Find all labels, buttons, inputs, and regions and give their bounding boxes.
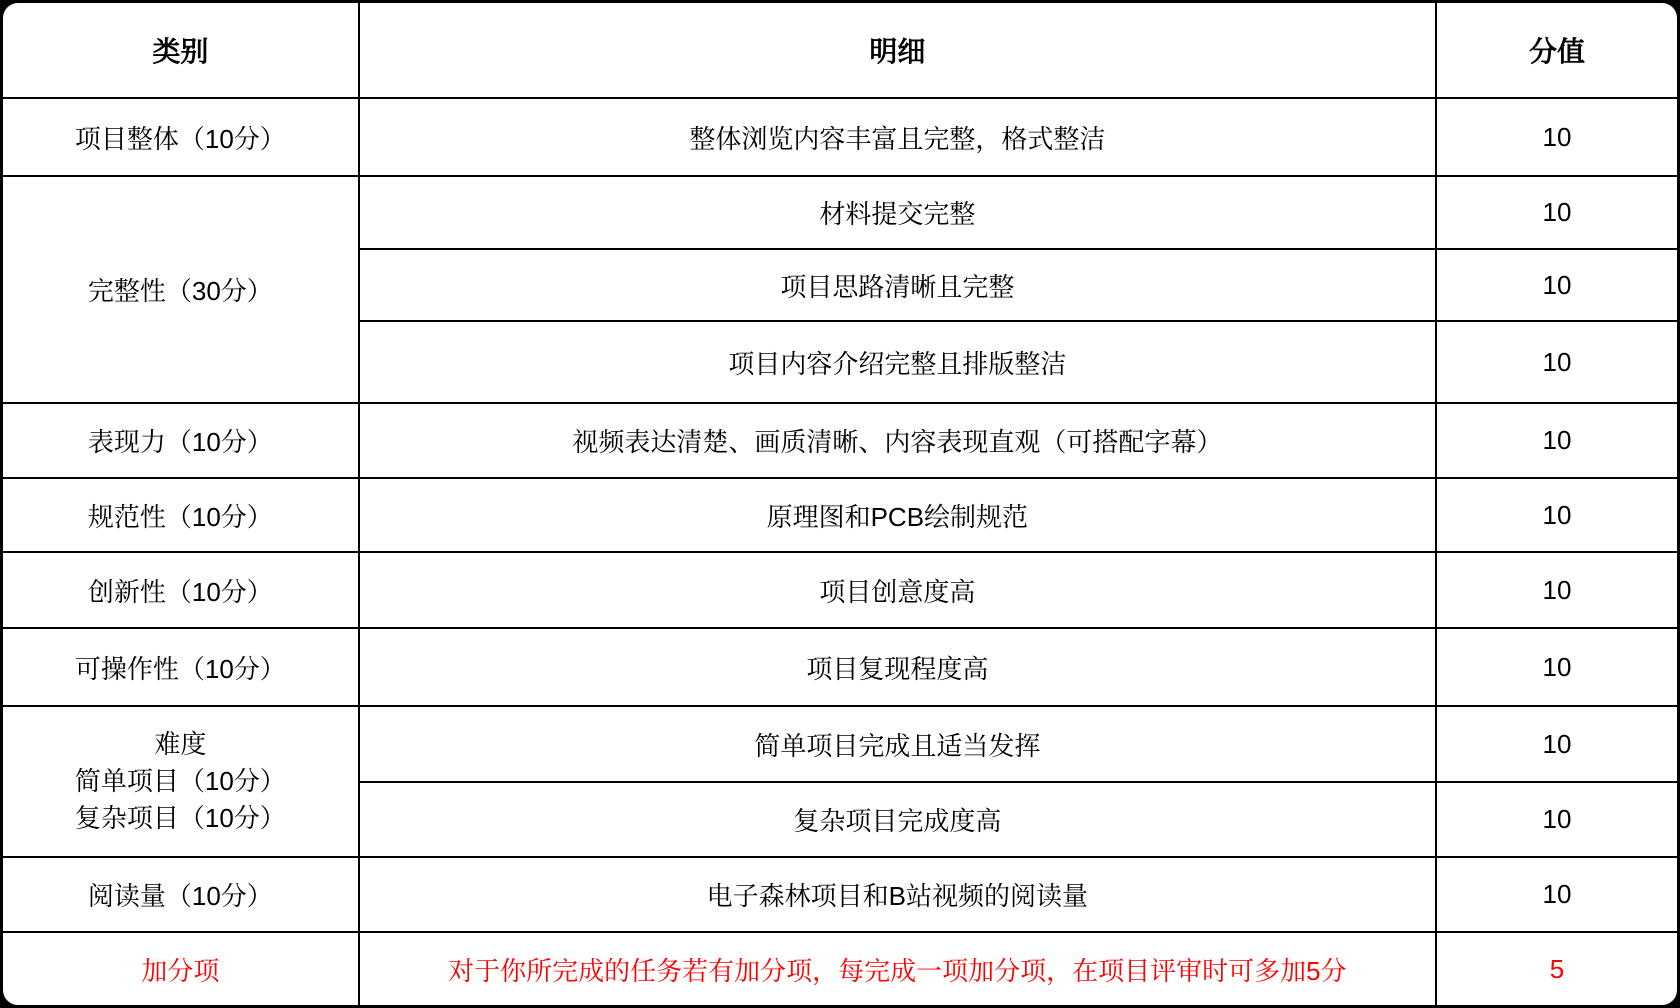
- column-header-detail: 明细: [359, 3, 1436, 98]
- category-cell: 表现力（10分）: [3, 403, 359, 478]
- category-cell: 加分项: [3, 932, 359, 1005]
- detail-cell: 项目思路清晰且完整: [359, 249, 1436, 321]
- detail-cell: 简单项目完成且适当发挥: [359, 706, 1436, 782]
- category-cell: 规范性（10分）: [3, 478, 359, 552]
- detail-cell: 视频表达清楚、画质清晰、内容表现直观（可搭配字幕）: [359, 403, 1436, 478]
- detail-cell: 对于你所完成的任务若有加分项，每完成一项加分项，在项目评审时可多加5分: [359, 932, 1436, 1005]
- score-cell: 10: [1436, 176, 1677, 249]
- category-cell: 可操作性（10分）: [3, 628, 359, 706]
- score-cell: 10: [1436, 628, 1677, 706]
- detail-cell: 项目复现程度高: [359, 628, 1436, 706]
- table-row: 创新性（10分） 项目创意度高 10: [3, 552, 1677, 628]
- score-cell: 10: [1436, 478, 1677, 552]
- detail-cell: 项目内容介绍完整且排版整洁: [359, 321, 1436, 403]
- score-cell: 10: [1436, 249, 1677, 321]
- category-cell: 阅读量（10分）: [3, 857, 359, 932]
- category-cell: 完整性（30分）: [3, 176, 359, 403]
- detail-cell: 电子森林项目和B站视频的阅读量: [359, 857, 1436, 932]
- score-cell: 5: [1436, 932, 1677, 1005]
- table-row: 难度 简单项目（10分） 复杂项目（10分） 简单项目完成且适当发挥 10: [3, 706, 1677, 782]
- category-cell: 难度 简单项目（10分） 复杂项目（10分）: [3, 706, 359, 857]
- score-cell: 10: [1436, 857, 1677, 932]
- table-row: 完整性（30分） 材料提交完整 10: [3, 176, 1677, 249]
- detail-cell: 项目创意度高: [359, 552, 1436, 628]
- score-cell: 10: [1436, 782, 1677, 857]
- category-cell: 项目整体（10分）: [3, 98, 359, 176]
- bonus-row: 加分项 对于你所完成的任务若有加分项，每完成一项加分项，在项目评审时可多加5分 …: [3, 932, 1677, 1005]
- detail-cell: 复杂项目完成度高: [359, 782, 1436, 857]
- scoring-rubric-table: 类别 明细 分值 项目整体（10分） 整体浏览内容丰富且完整，格式整洁 10 完…: [3, 3, 1677, 1005]
- header-row: 类别 明细 分值: [3, 3, 1677, 98]
- scoring-rubric-table-frame: 类别 明细 分值 项目整体（10分） 整体浏览内容丰富且完整，格式整洁 10 完…: [0, 0, 1680, 1008]
- score-cell: 10: [1436, 552, 1677, 628]
- detail-cell: 整体浏览内容丰富且完整，格式整洁: [359, 98, 1436, 176]
- table-row: 表现力（10分） 视频表达清楚、画质清晰、内容表现直观（可搭配字幕） 10: [3, 403, 1677, 478]
- table-row: 阅读量（10分） 电子森林项目和B站视频的阅读量 10: [3, 857, 1677, 932]
- column-header-category: 类别: [3, 3, 359, 98]
- score-cell: 10: [1436, 403, 1677, 478]
- table-row: 可操作性（10分） 项目复现程度高 10: [3, 628, 1677, 706]
- score-cell: 10: [1436, 98, 1677, 176]
- detail-cell: 材料提交完整: [359, 176, 1436, 249]
- category-cell: 创新性（10分）: [3, 552, 359, 628]
- score-cell: 10: [1436, 706, 1677, 782]
- table-row: 规范性（10分） 原理图和PCB绘制规范 10: [3, 478, 1677, 552]
- column-header-score: 分值: [1436, 3, 1677, 98]
- score-cell: 10: [1436, 321, 1677, 403]
- table-row: 项目整体（10分） 整体浏览内容丰富且完整，格式整洁 10: [3, 98, 1677, 176]
- detail-cell: 原理图和PCB绘制规范: [359, 478, 1436, 552]
